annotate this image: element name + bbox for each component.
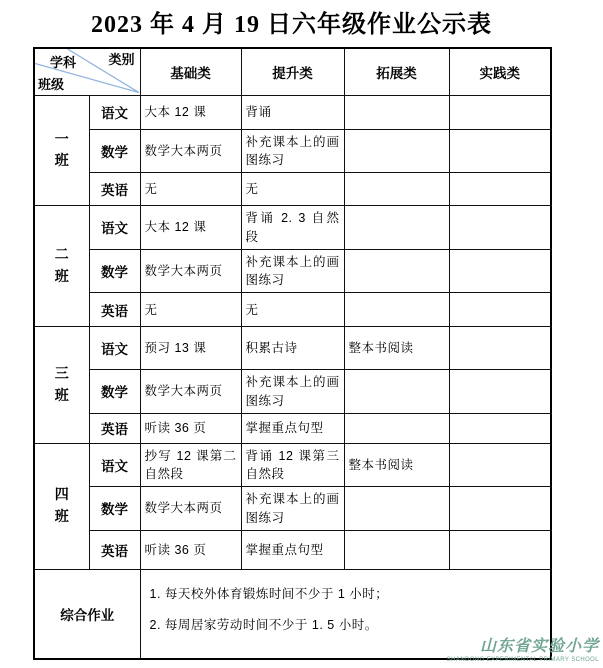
page-title: 2023 年 4 月 19 日六年级作业公示表 <box>33 4 550 39</box>
cell-improve: 补充课本上的画图练习 <box>241 487 344 531</box>
cell-practice <box>449 206 551 250</box>
cell-basic: 无 <box>140 293 241 327</box>
table-row: 数学 数学大本两页 补充课本上的画图练习 <box>34 487 551 531</box>
subject-cell: 英语 <box>89 530 140 569</box>
cell-expand <box>344 206 449 250</box>
cell-practice <box>449 487 551 531</box>
corner-label-subject: 学科 <box>50 56 76 69</box>
cell-improve: 掌握重点句型 <box>241 413 344 443</box>
cell-expand <box>344 293 449 327</box>
cell-improve: 补充课本上的画图练习 <box>241 249 344 293</box>
cell-basic: 抄写 12 课第二自然段 <box>140 443 241 487</box>
table-row: 英语 听读 36 页 掌握重点句型 <box>34 413 551 443</box>
subject-cell: 数学 <box>89 249 140 293</box>
cell-expand: 整本书阅读 <box>344 443 449 487</box>
cell-practice <box>449 95 551 129</box>
table-row: 数学 数学大本两页 补充课本上的画图练习 <box>34 129 551 173</box>
corner-header-cell: 学科 类别 班级 <box>34 48 140 95</box>
subject-cell: 英语 <box>89 293 140 327</box>
cell-practice <box>449 249 551 293</box>
school-watermark: 山东省实验小学 SHANDONG EXPERIMENTAL PRIMARY SC… <box>447 639 599 663</box>
subject-cell: 语文 <box>89 95 140 129</box>
cell-improve: 背诵 <box>241 95 344 129</box>
cell-practice <box>449 530 551 569</box>
cell-basic: 数学大本两页 <box>140 129 241 173</box>
summary-item-2: 2. 每周居家劳动时间不少于 1. 5 小时。 <box>150 617 545 634</box>
cell-expand <box>344 249 449 293</box>
subject-cell: 数学 <box>89 487 140 531</box>
class-label: 一班 <box>54 129 70 172</box>
subject-cell: 英语 <box>89 173 140 206</box>
cell-improve: 无 <box>241 293 344 327</box>
table-row: 英语 无 无 <box>34 293 551 327</box>
cell-basic: 数学大本两页 <box>140 370 241 414</box>
cell-improve: 积累古诗 <box>241 327 344 370</box>
cell-practice <box>449 370 551 414</box>
cell-expand <box>344 370 449 414</box>
summary-label: 综合作业 <box>34 569 140 659</box>
table-row: 四班 语文 抄写 12 课第二自然段 背诵 12 课第三自然段 整本书阅读 <box>34 443 551 487</box>
column-header-expand: 拓展类 <box>344 48 449 95</box>
class-cell-4: 四班 <box>34 443 89 569</box>
cell-expand <box>344 129 449 173</box>
subject-cell: 语文 <box>89 443 140 487</box>
subject-cell: 数学 <box>89 129 140 173</box>
subject-cell: 语文 <box>89 327 140 370</box>
cell-expand <box>344 413 449 443</box>
summary-item-1: 1. 每天校外体育锻炼时间不少于 1 小时； <box>150 586 545 603</box>
cell-improve: 补充课本上的画图练习 <box>241 370 344 414</box>
cell-improve: 无 <box>241 173 344 206</box>
cell-expand <box>344 173 449 206</box>
subject-cell: 英语 <box>89 413 140 443</box>
table-row: 数学 数学大本两页 补充课本上的画图练习 <box>34 249 551 293</box>
cell-practice <box>449 173 551 206</box>
cell-practice <box>449 293 551 327</box>
column-header-improve: 提升类 <box>241 48 344 95</box>
cell-basic: 数学大本两页 <box>140 249 241 293</box>
class-cell-1: 一班 <box>34 95 89 206</box>
cell-expand: 整本书阅读 <box>344 327 449 370</box>
cell-improve: 掌握重点句型 <box>241 530 344 569</box>
cell-basic: 无 <box>140 173 241 206</box>
cell-expand <box>344 95 449 129</box>
subject-cell: 语文 <box>89 206 140 250</box>
cell-basic: 预习 13 课 <box>140 327 241 370</box>
cell-improve: 补充课本上的画图练习 <box>241 129 344 173</box>
cell-practice <box>449 129 551 173</box>
cell-improve: 背诵 2. 3 自然段 <box>241 206 344 250</box>
table-row: 二班 语文 大本 12 课 背诵 2. 3 自然段 <box>34 206 551 250</box>
table-row: 数学 数学大本两页 补充课本上的画图练习 <box>34 370 551 414</box>
cell-basic: 听读 36 页 <box>140 530 241 569</box>
cell-practice <box>449 327 551 370</box>
cell-basic: 听读 36 页 <box>140 413 241 443</box>
cell-practice <box>449 413 551 443</box>
class-label: 二班 <box>54 244 70 287</box>
document-page: 2023 年 4 月 19 日六年级作业公示表 学科 类别 班级 基础类 提升类… <box>0 0 603 668</box>
table-row: 英语 无 无 <box>34 173 551 206</box>
subject-cell: 数学 <box>89 370 140 414</box>
class-cell-2: 二班 <box>34 206 89 327</box>
column-header-practice: 实践类 <box>449 48 551 95</box>
table-row: 一班 语文 大本 12 课 背诵 <box>34 95 551 129</box>
cell-basic: 大本 12 课 <box>140 95 241 129</box>
corner-label-class: 班级 <box>38 78 64 91</box>
cell-practice <box>449 443 551 487</box>
school-name-cn: 山东省实验小学 <box>447 639 599 655</box>
cell-improve: 背诵 12 课第三自然段 <box>241 443 344 487</box>
class-label: 四班 <box>54 484 70 527</box>
table-row: 英语 听读 36 页 掌握重点句型 <box>34 530 551 569</box>
school-name-en: SHANDONG EXPERIMENTAL PRIMARY SCHOOL <box>447 657 599 663</box>
header-row: 学科 类别 班级 基础类 提升类 拓展类 实践类 <box>34 48 551 95</box>
cell-expand <box>344 530 449 569</box>
cell-basic: 数学大本两页 <box>140 487 241 531</box>
class-cell-3: 三班 <box>34 327 89 444</box>
corner-label-category: 类别 <box>108 53 134 66</box>
cell-expand <box>344 487 449 531</box>
column-header-basic: 基础类 <box>140 48 241 95</box>
table-row: 三班 语文 预习 13 课 积累古诗 整本书阅读 <box>34 327 551 370</box>
homework-table: 学科 类别 班级 基础类 提升类 拓展类 实践类 一班 语文 大本 12 课 背… <box>33 47 552 660</box>
class-label: 三班 <box>54 363 70 406</box>
cell-basic: 大本 12 课 <box>140 206 241 250</box>
